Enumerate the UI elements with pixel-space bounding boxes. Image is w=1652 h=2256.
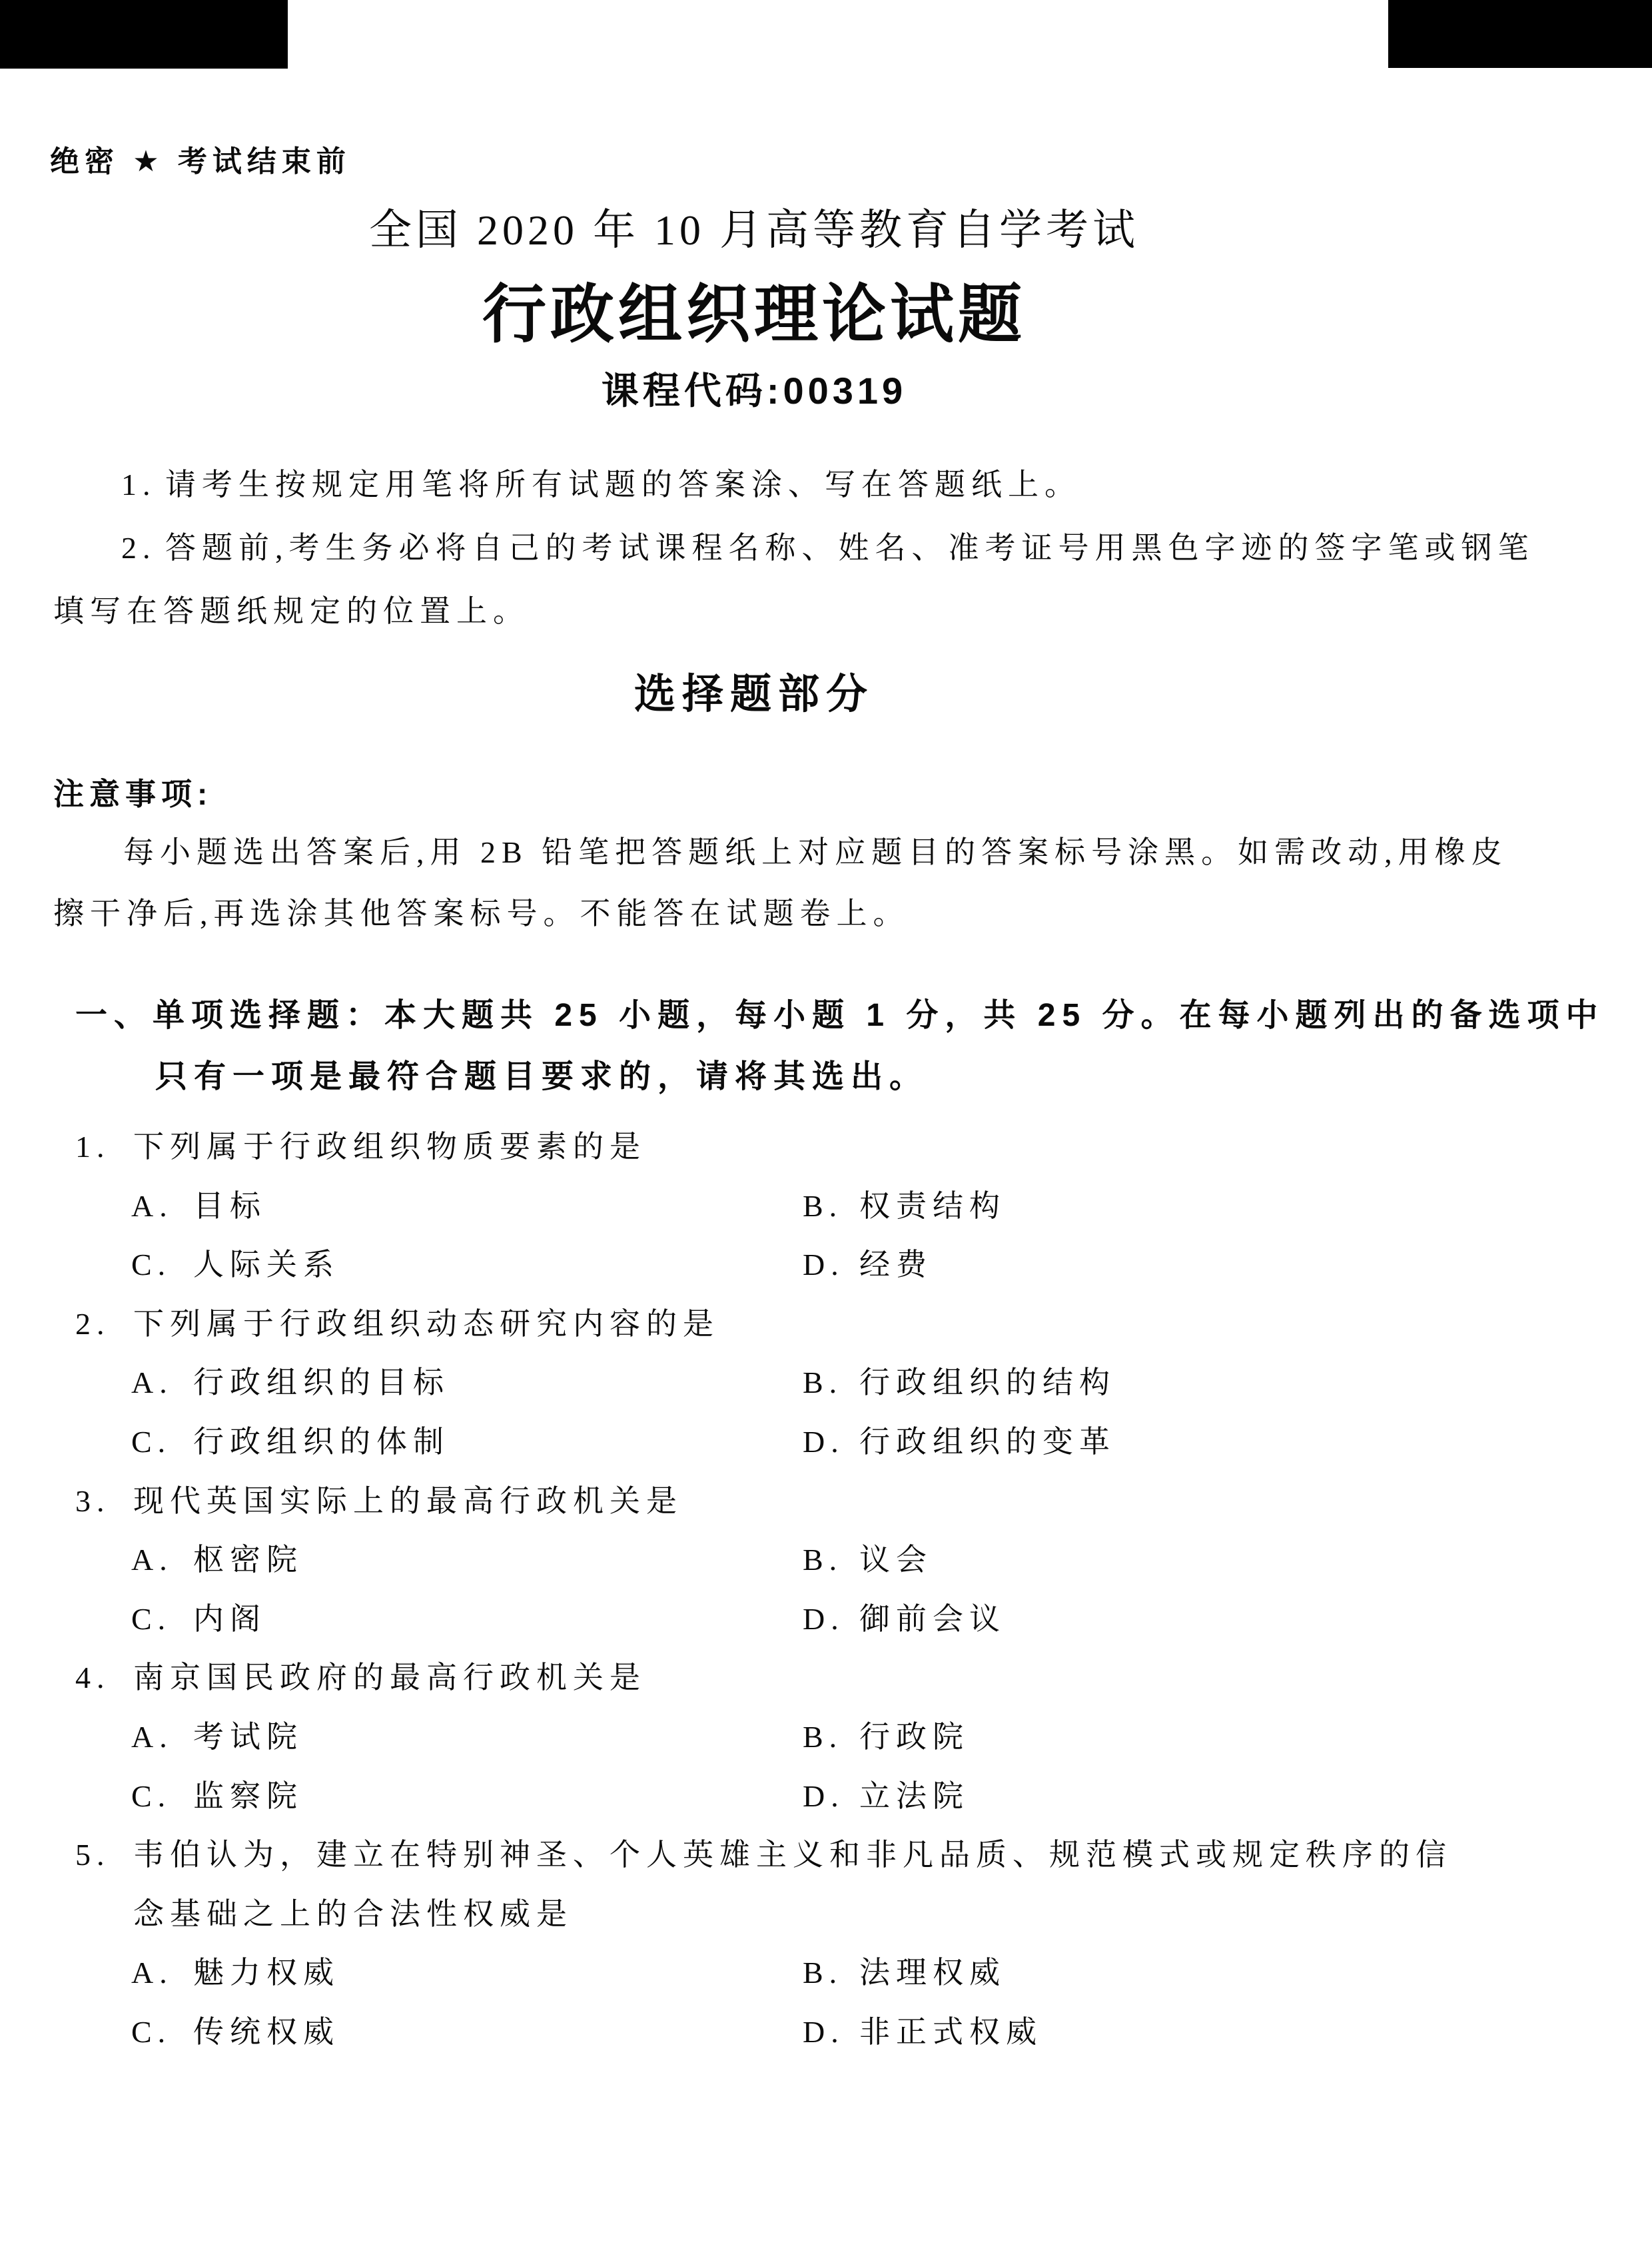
question-stem: 韦伯认为，建立在特别神圣、个人英雄主义和非凡品质、规范模式或规定秩序的信 — [133, 1835, 1452, 1875]
option-text: 行政组织的体制 — [193, 1422, 450, 1462]
option-label: B. — [803, 1540, 843, 1580]
question-stem: 南京国民政府的最高行政机关是 — [133, 1658, 646, 1698]
question-row: C.人际关系D.经费 — [0, 1245, 1652, 1288]
instruction-number: 2. — [121, 528, 157, 568]
option-label: D. — [803, 1422, 845, 1462]
notes-text: 擦干净后,再选涂其他答案标号。不能答在试题卷上。 — [53, 894, 910, 934]
instruction-item-2: 2. 答题前,考生务必将自己的考试课程名称、姓名、准考证号用黑色字迹的签字笔或钢… — [0, 528, 1652, 571]
question-row: C.内阁D.御前会议 — [0, 1599, 1652, 1642]
option-label: C. — [131, 1599, 171, 1639]
option-label: D. — [803, 1776, 845, 1816]
option-label: C. — [131, 1245, 171, 1285]
instruction-number: 1. — [121, 465, 157, 505]
option-text: 人际关系 — [193, 1245, 340, 1285]
option-label: A. — [131, 1953, 173, 1993]
question-number: 1. — [75, 1127, 111, 1167]
question-row: 2.下列属于行政组织动态研究内容的是 — [0, 1304, 1652, 1347]
question-number: 3. — [75, 1481, 111, 1521]
notes-text: 每小题选出答案后,用 2B 铅笔把答题纸上对应题目的答案标号涂黑。如需改动,用橡… — [123, 833, 1508, 873]
option-label: C. — [131, 1776, 171, 1816]
option-text: 法理权威 — [859, 1953, 1006, 1993]
question-row: C.监察院D.立法院 — [0, 1776, 1652, 1819]
exam-title-line1: 全国 2020 年 10 月高等教育自学考试 — [0, 196, 1508, 249]
option-text: 御前会议 — [859, 1599, 1006, 1639]
option-text: 行政组织的结构 — [859, 1363, 1116, 1403]
scan-artifact-top-right — [1388, 0, 1652, 68]
question-row: A.枢密院B.议会 — [0, 1540, 1652, 1583]
option-text: 行政院 — [859, 1717, 969, 1757]
option-text: 内阁 — [193, 1599, 266, 1639]
option-label: A. — [131, 1717, 173, 1757]
course-code: 课程代码:00319 — [0, 362, 1508, 408]
option-label: C. — [131, 1422, 171, 1462]
option-text: 立法院 — [859, 1776, 969, 1816]
question-stem: 现代英国实际上的最高行政机关是 — [133, 1481, 683, 1521]
option-text: 传统权威 — [193, 2012, 340, 2052]
exam-title-line2: 行政组织理论试题 — [0, 264, 1508, 342]
instruction-item-2-continuation: 填写在答题纸规定的位置上。 — [0, 591, 1652, 634]
question-row: 5.韦伯认为，建立在特别神圣、个人英雄主义和非凡品质、规范模式或规定秩序的信 — [0, 1835, 1652, 1878]
option-label: A. — [131, 1186, 173, 1226]
option-text: 监察院 — [193, 1776, 303, 1816]
question-row: C.行政组织的体制D.行政组织的变革 — [0, 1422, 1652, 1465]
notes-line-1: 每小题选出答案后,用 2B 铅笔把答题纸上对应题目的答案标号涂黑。如需改动,用橡… — [0, 833, 1652, 875]
option-label: D. — [803, 1599, 845, 1639]
instruction-text: 填写在答题纸规定的位置上。 — [53, 591, 530, 631]
option-label: D. — [803, 1245, 845, 1285]
question-row: 1.下列属于行政组织物质要素的是 — [0, 1127, 1652, 1170]
option-label: D. — [803, 2012, 845, 2052]
option-text: 议会 — [859, 1540, 933, 1580]
question-number: 2. — [75, 1304, 111, 1344]
part-one-heading-line1: 一、单项选择题：本大题共 25 小题，每小题 1 分，共 25 分。在每小题列出… — [0, 995, 1652, 1038]
scan-artifact-top-left — [0, 0, 288, 69]
option-text: 经费 — [859, 1245, 933, 1285]
question-row: 3.现代英国实际上的最高行政机关是 — [0, 1481, 1652, 1524]
option-label: A. — [131, 1363, 173, 1403]
instruction-text: 请考生按规定用笔将所有试题的答案涂、写在答题纸上。 — [165, 465, 1081, 505]
section-title: 选择题部分 — [0, 661, 1508, 711]
exam-paper-page: 绝密 ★ 考试结束前 全国 2020 年 10 月高等教育自学考试 行政组织理论… — [0, 0, 1652, 2256]
option-label: B. — [803, 1363, 843, 1403]
instruction-item-1: 1. 请考生按规定用笔将所有试题的答案涂、写在答题纸上。 — [0, 465, 1652, 508]
option-label: C. — [131, 2012, 171, 2052]
option-text: 行政组织的目标 — [193, 1363, 450, 1403]
part-one-heading-line2: 只有一项是最符合题目要求的，请将其选出。 — [0, 1056, 1652, 1099]
option-text: 权责结构 — [859, 1186, 1006, 1226]
question-row: A.行政组织的目标B.行政组织的结构 — [0, 1363, 1652, 1405]
question-row: A.目标B.权责结构 — [0, 1186, 1652, 1229]
question-row: C.传统权威D.非正式权威 — [0, 2012, 1652, 2055]
option-label: B. — [803, 1953, 843, 1993]
option-text: 魅力权威 — [193, 1953, 340, 1993]
question-number: 5. — [75, 1835, 111, 1875]
option-label: B. — [803, 1186, 843, 1226]
question-row: 4.南京国民政府的最高行政机关是 — [0, 1658, 1652, 1700]
question-stem: 念基础之上的合法性权威是 — [133, 1894, 573, 1934]
instruction-text: 答题前,考生务必将自己的考试课程名称、姓名、准考证号用黑色字迹的签字笔或钢笔 — [165, 528, 1535, 568]
option-label: B. — [803, 1717, 843, 1757]
part-heading-text: 只有一项是最符合题目要求的，请将其选出。 — [155, 1056, 928, 1098]
option-text: 枢密院 — [193, 1540, 303, 1580]
secrecy-banner: 绝密 ★ 考试结束前 — [0, 137, 1652, 180]
part-heading-text: 一、单项选择题：本大题共 25 小题，每小题 1 分，共 25 分。在每小题列出… — [75, 995, 1605, 1036]
option-text: 行政组织的变革 — [859, 1422, 1116, 1462]
notes-heading-row: 注意事项: — [0, 770, 1652, 813]
notes-line-2: 擦干净后,再选涂其他答案标号。不能答在试题卷上。 — [0, 894, 1652, 937]
question-row: A.魅力权威B.法理权威 — [0, 1953, 1652, 1996]
question-number: 4. — [75, 1658, 111, 1698]
option-label: A. — [131, 1540, 173, 1580]
option-text: 非正式权威 — [859, 2012, 1042, 2052]
question-stem: 下列属于行政组织物质要素的是 — [133, 1127, 646, 1167]
option-text: 目标 — [193, 1186, 266, 1226]
secrecy-label: 绝密 ★ 考试结束前 — [50, 137, 351, 180]
question-row: 念基础之上的合法性权威是 — [0, 1894, 1652, 1937]
question-stem: 下列属于行政组织动态研究内容的是 — [133, 1304, 719, 1344]
notes-heading: 注意事项: — [53, 770, 212, 814]
question-row: A.考试院B.行政院 — [0, 1717, 1652, 1760]
option-text: 考试院 — [193, 1717, 303, 1757]
